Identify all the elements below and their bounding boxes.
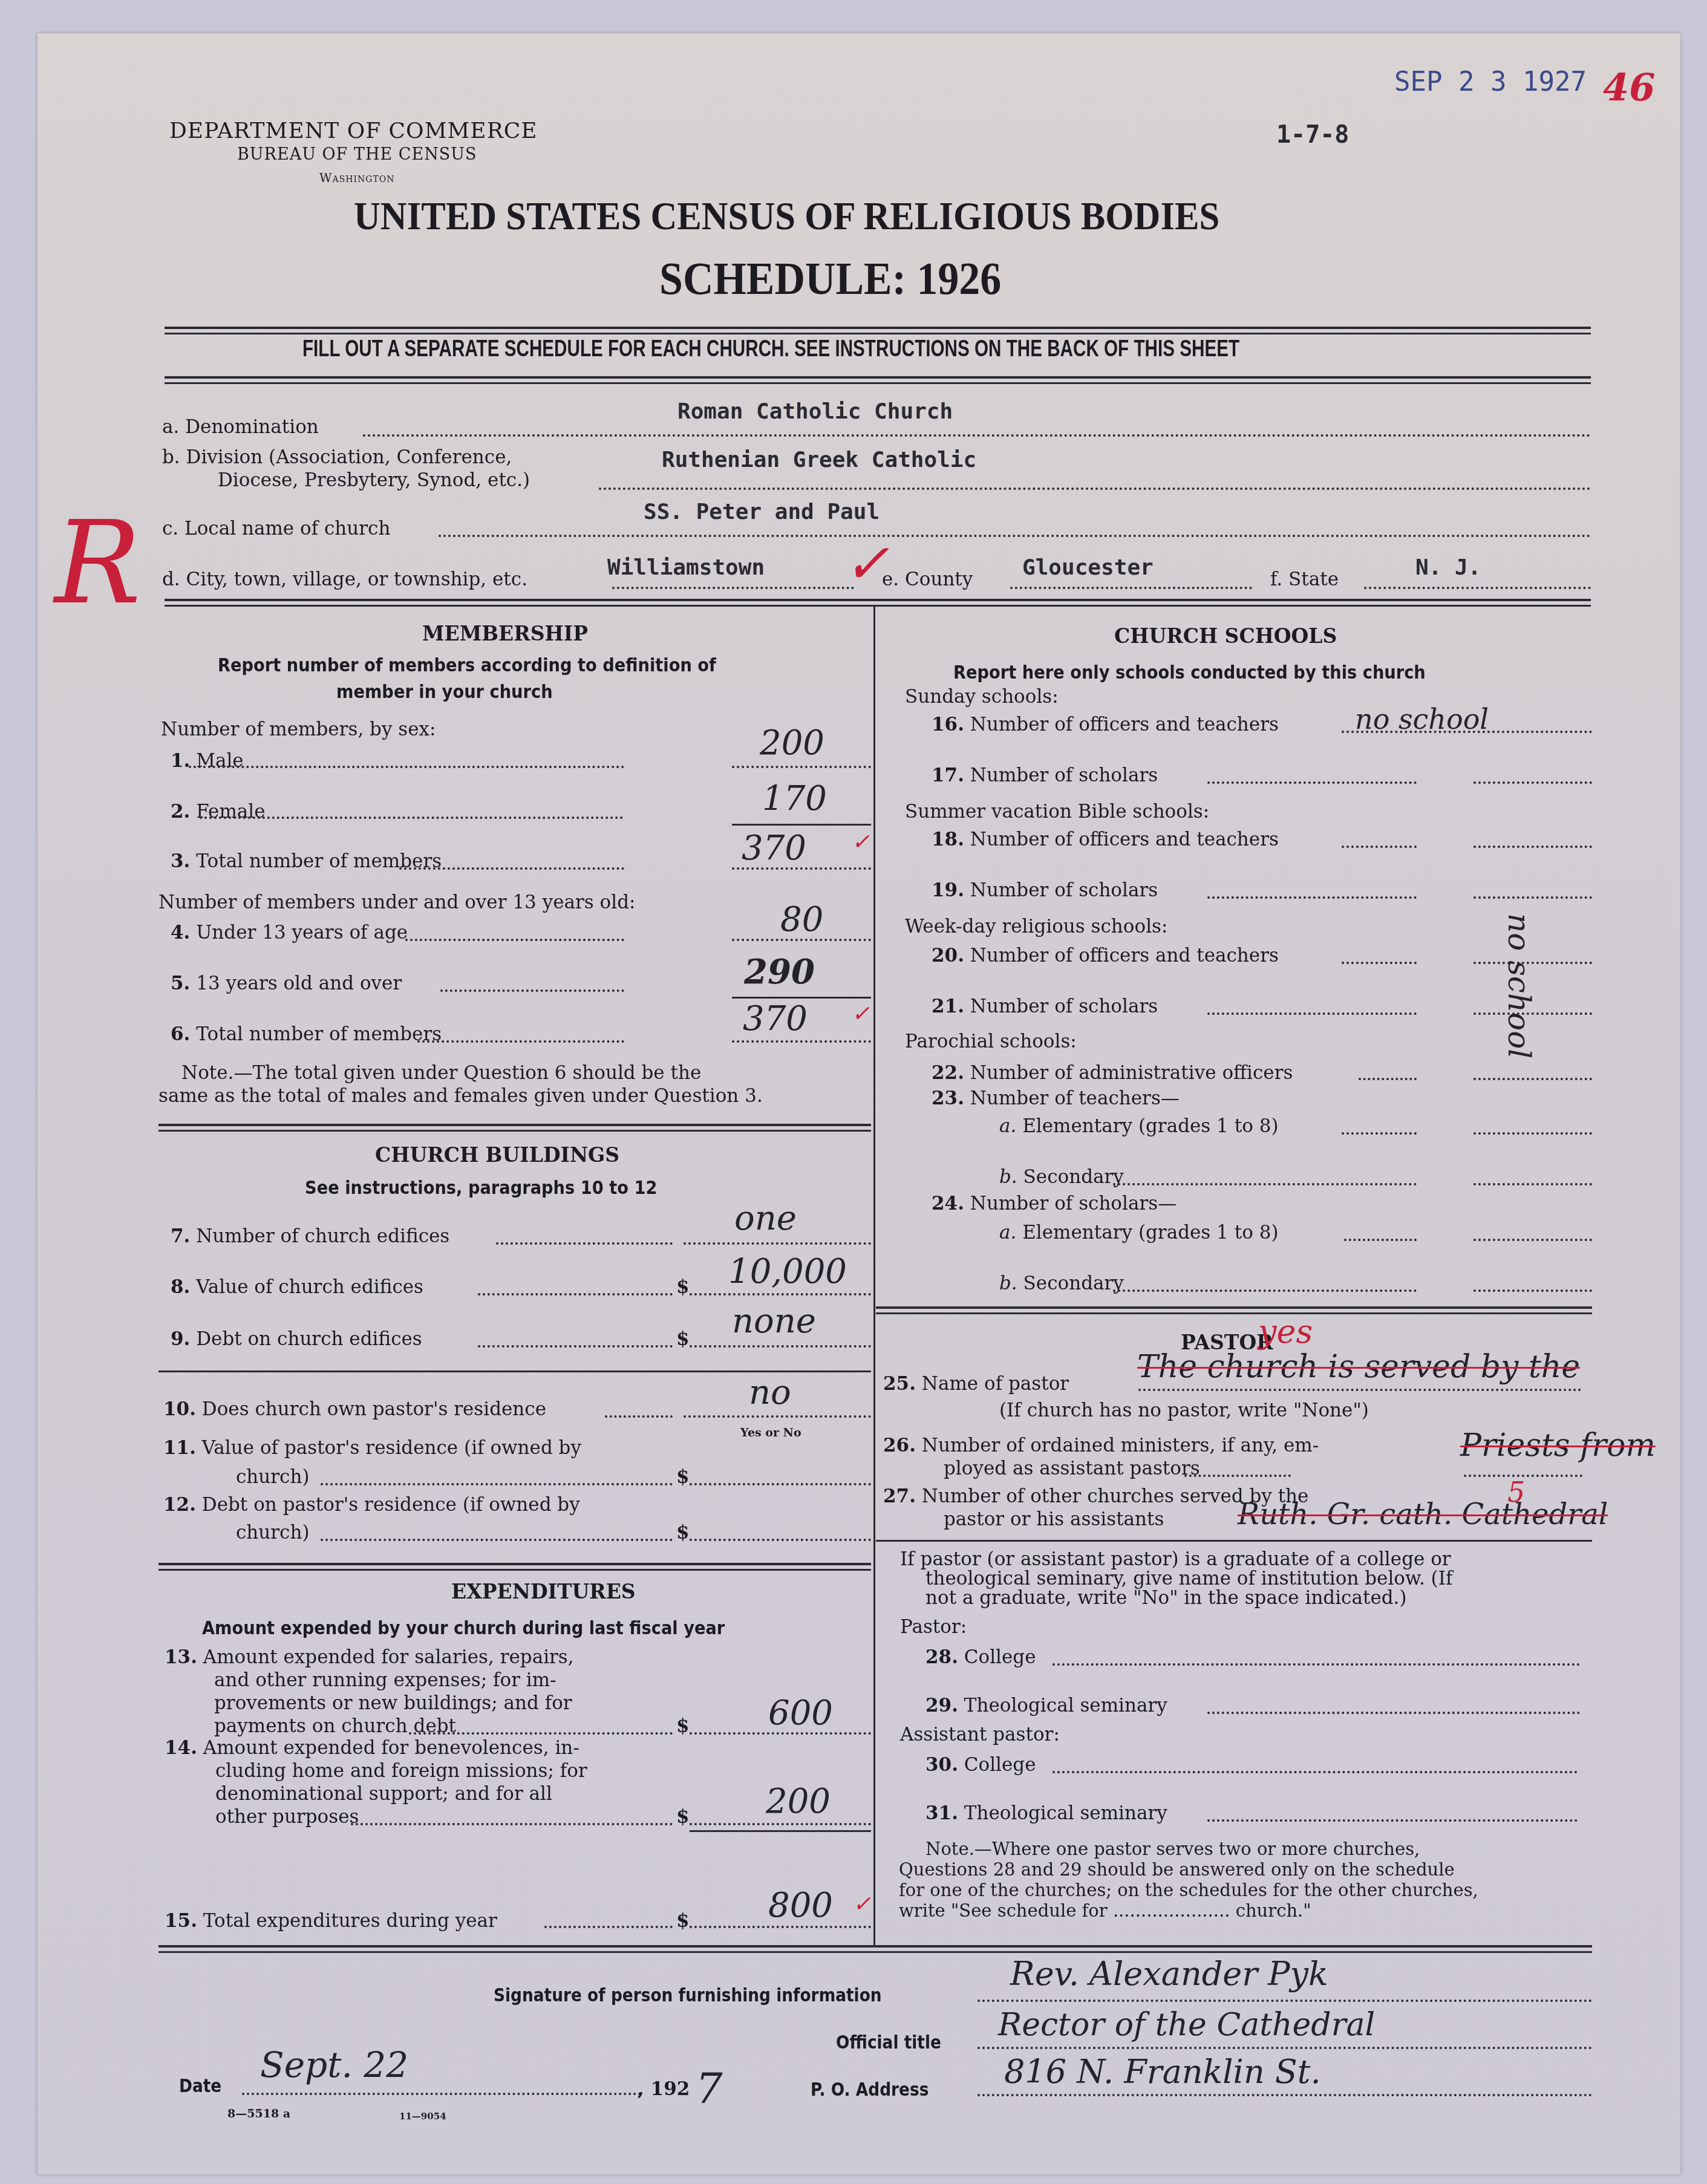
item-number: 22. <box>932 1062 964 1084</box>
dotted-leader <box>690 1345 871 1348</box>
item-number: 5. <box>171 973 190 994</box>
item-label: College <box>964 1754 1036 1776</box>
date-field[interactable]: Sept. 22 <box>260 2044 408 2085</box>
item-number: 24. <box>932 1193 964 1214</box>
dotted-leader <box>690 1539 871 1541</box>
expenditures-subtitle: Amount expended by your church during la… <box>202 1617 725 1639</box>
address-field[interactable]: 816 N. Franklin St. <box>1004 2053 1321 2091</box>
schools-row-21: 21. Number of scholars <box>932 996 1158 1017</box>
sunday-scholars-field[interactable] <box>1474 781 1592 784</box>
dollar-sign: $ <box>676 1466 690 1488</box>
dotted-leader <box>1342 846 1417 848</box>
item-label-cont: provements or new buildings; and for <box>214 1692 572 1714</box>
item-number: 2. <box>171 801 190 823</box>
item-label-cont: and other running expenses; for im- <box>214 1669 556 1691</box>
item-number: 27. <box>883 1485 916 1507</box>
dotted-leader <box>321 1483 673 1485</box>
dollar-sign: $ <box>676 1328 690 1350</box>
item-number: 10. <box>163 1398 196 1420</box>
item-label: Number of church edifices <box>196 1225 449 1247</box>
dollar-sign: $ <box>676 1276 690 1298</box>
education-row-28: 28. College <box>925 1646 1036 1668</box>
item-label: Secondary <box>1023 1166 1124 1188</box>
rule-single <box>876 1540 1592 1542</box>
members-by-sex-heading: Number of members, by sex: <box>161 719 436 740</box>
education-row-31: 31. Theological seminary <box>925 1802 1167 1824</box>
item-label: Male <box>196 750 243 772</box>
schools-row-23b: b. Secondary <box>999 1166 1124 1188</box>
dotted-leader <box>399 867 624 870</box>
group-heading-summer: Summer vacation Bible schools: <box>905 801 1209 823</box>
item-label: Elementary (grades 1 to 8) <box>1022 1222 1278 1244</box>
dotted-leader <box>1138 1389 1581 1391</box>
red-yes-annotation: yes <box>1258 1312 1313 1351</box>
13-and-over-field[interactable]: 290 <box>744 952 815 992</box>
county-label: e. County <box>882 569 973 590</box>
item-label: Number of scholars— <box>970 1193 1177 1214</box>
rule-double <box>165 599 1591 601</box>
dotted-leader <box>478 1293 673 1296</box>
rule-double <box>165 327 1591 329</box>
red-number-five: 5 <box>1507 1476 1525 1508</box>
pastor-row-26: 26. Number of ordained ministers, if any… <box>883 1435 1319 1456</box>
item-number: 29. <box>925 1695 958 1716</box>
state-field[interactable]: N. J. <box>1415 555 1481 580</box>
church-buildings-subtitle: See instructions, paragraphs 10 to 12 <box>305 1177 657 1199</box>
yes-or-no-hint: Yes or No <box>740 1426 801 1439</box>
dotted-leader <box>417 1040 624 1043</box>
item-number: 21. <box>932 996 964 1017</box>
rule-double <box>158 1563 871 1565</box>
item-label: Amount expended for salaries, repairs, <box>203 1646 574 1668</box>
edifice-count-field[interactable]: one <box>734 1199 797 1238</box>
item-number: 23. <box>932 1087 964 1109</box>
item-letter: a. <box>999 1222 1016 1244</box>
year-prefix: , 192 <box>638 2078 690 2100</box>
item-label: Theological seminary <box>964 1802 1167 1824</box>
dotted-leader <box>1207 781 1417 784</box>
signature-label: Signature of person furnishing informati… <box>494 1985 882 2006</box>
schools-row-24: 24. Number of scholars— <box>932 1193 1177 1214</box>
year-suffix-field[interactable]: 7 <box>696 2064 723 2113</box>
dotted-leader <box>1184 1475 1291 1477</box>
item-number: 17. <box>932 764 964 786</box>
summer-teachers-field[interactable] <box>1474 846 1592 848</box>
dotted-leader <box>405 939 624 941</box>
item-label: College <box>964 1646 1036 1668</box>
dotted-leader <box>978 2000 1592 2002</box>
dotted-leader <box>351 1823 673 1825</box>
item-number: 19. <box>932 879 964 901</box>
item-label: Number of administrative officers <box>970 1062 1293 1084</box>
other-churches-field[interactable]: Ruth. Gr. cath. Cathedral <box>1238 1498 1608 1531</box>
item-number: 6. <box>171 1023 190 1045</box>
dotted-leader <box>189 766 624 768</box>
item-label-cont: denominational support; and for all <box>215 1783 552 1805</box>
owns-residence-field[interactable]: no <box>749 1373 791 1412</box>
summer-scholars-field[interactable] <box>1474 896 1592 899</box>
division-label-cont: Diocese, Presbytery, Synod, etc.) <box>218 469 530 491</box>
schools-row-20: 20. Number of officers and teachers <box>932 945 1279 967</box>
schools-row-19: 19. Number of scholars <box>932 879 1158 901</box>
rule-single <box>158 1371 871 1372</box>
dollar-sign: $ <box>676 1806 690 1828</box>
membership-subtitle: Report number of members according to de… <box>218 654 716 676</box>
dotted-leader <box>409 1732 673 1735</box>
age-heading: Number of members under and over 13 year… <box>158 892 635 913</box>
total-members-age-field[interactable]: 370 <box>743 999 808 1038</box>
dotted-leader <box>1113 1289 1417 1292</box>
item-letter: b. <box>999 1166 1017 1188</box>
church-schools-subtitle: Report here only schools conducted by th… <box>953 662 1426 683</box>
dotted-leader <box>690 1926 871 1928</box>
dotted-leader <box>690 1823 871 1825</box>
edifice-value-field[interactable]: 10,000 <box>728 1252 847 1291</box>
pastor-note: Note.—Where one pastor serves two or mor… <box>925 1839 1420 1859</box>
item-label: Female <box>196 801 265 823</box>
vertical-no-school-note: no school <box>1501 913 1536 1058</box>
item-number: 15. <box>165 1910 197 1932</box>
item-label: Number of teachers— <box>970 1087 1180 1109</box>
dotted-leader <box>978 2047 1592 2049</box>
pastor-education-heading: Pastor: <box>900 1616 967 1638</box>
under-13-field[interactable]: 80 <box>780 900 823 939</box>
local-name-label: c. Local name of church <box>162 518 390 539</box>
dotted-leader <box>1344 1239 1417 1241</box>
membership-note-cont: same as the total of males and females g… <box>158 1085 763 1107</box>
received-date-stamp: SEP 2 3 1927 <box>1394 67 1587 97</box>
dotted-leader <box>732 867 871 870</box>
pastor-name-field[interactable]: The church is served by the <box>1137 1349 1580 1385</box>
assistant-pastors-field[interactable]: Priests from <box>1460 1427 1656 1464</box>
item-number: 4. <box>171 922 190 944</box>
dotted-leader <box>684 1415 871 1418</box>
dotted-leader <box>684 1242 871 1245</box>
item-label: Does church own pastor's residence <box>202 1398 546 1420</box>
assistant-college-field[interactable] <box>1053 1771 1578 1773</box>
elementary-scholars-field[interactable] <box>1474 1239 1592 1241</box>
item-label: 13 years old and over <box>196 973 402 994</box>
item-number: 28. <box>925 1646 958 1668</box>
red-margin-mark: R <box>54 496 141 630</box>
denomination-field[interactable]: Roman Catholic Church <box>677 399 953 424</box>
benevolences-field[interactable]: 200 <box>766 1782 831 1821</box>
dollar-sign: $ <box>676 1715 690 1737</box>
item-label-cont: ployed as assistant pastors <box>944 1458 1200 1479</box>
schools-row-18: 18. Number of officers and teachers <box>932 829 1279 850</box>
pastor-seminary-field[interactable] <box>1207 1712 1580 1714</box>
item-label-cont: cluding home and foreign missions; for <box>215 1760 587 1782</box>
dotted-leader <box>321 1539 673 1541</box>
red-check-icon: ✓ <box>852 830 870 855</box>
item-number: 3. <box>171 850 190 872</box>
item-label: Total expenditures during year <box>203 1910 497 1932</box>
secondary-teachers-field[interactable] <box>1474 1183 1592 1185</box>
dotted-leader <box>690 1293 871 1296</box>
item-number: 16. <box>932 714 964 735</box>
group-heading-sunday: Sunday schools: <box>905 686 1059 708</box>
dotted-leader <box>200 817 623 819</box>
schools-row-22: 22. Number of administrative officers <box>932 1062 1293 1084</box>
state-label: f. State <box>1270 569 1339 590</box>
red-file-number: 46 <box>1603 65 1655 109</box>
running-expenses-field[interactable]: 600 <box>768 1693 833 1733</box>
church-buildings-title: CHURCH BUILDINGS <box>375 1143 619 1167</box>
item-letter: b. <box>999 1273 1017 1294</box>
graduate-note-cont: not a graduate, write "No" in the space … <box>925 1587 1407 1609</box>
dotted-leader <box>732 766 871 768</box>
pastor-note-cont: for one of the churches; on the schedule… <box>899 1880 1478 1900</box>
male-count-field[interactable]: 200 <box>760 723 824 763</box>
item-label: Debt on pastor's residence (if owned by <box>202 1494 580 1516</box>
form-code: 1-7-8 <box>1276 121 1349 149</box>
item-label-cont: church) <box>236 1522 310 1543</box>
admin-officers-field[interactable] <box>1474 1078 1592 1080</box>
column-divider <box>873 605 875 1946</box>
bureau-name: BUREAU OF THE CENSUS <box>237 145 477 164</box>
red-check-icon: ✓ <box>844 532 889 596</box>
schools-row-17: 17. Number of scholars <box>932 764 1158 786</box>
division-field[interactable]: Ruthenian Greek Catholic <box>662 448 976 472</box>
item-number: 7. <box>171 1225 190 1247</box>
item-number: 26. <box>883 1435 916 1456</box>
item-number: 14. <box>165 1737 197 1759</box>
denomination-label: a. Denomination <box>162 416 319 438</box>
education-row-30: 30. College <box>925 1754 1036 1776</box>
item-label-cont: other purposes <box>215 1806 359 1828</box>
division-label: b. Division (Association, Conference, <box>162 446 512 468</box>
graduate-note-cont: theological seminary, give name of insti… <box>925 1568 1452 1589</box>
dotted-leader <box>732 1040 871 1043</box>
church-schools-title: CHURCH SCHOOLS <box>1114 624 1337 648</box>
dotted-leader <box>978 2094 1592 2096</box>
item-label: Number of officers and teachers <box>970 829 1279 850</box>
form-title: UNITED STATES CENSUS OF RELIGIOUS BODIES <box>354 194 1219 240</box>
item-number: 13. <box>165 1646 197 1668</box>
pastor-note-cont: write "See schedule for ................… <box>899 1900 1311 1921</box>
item-label: Value of pastor's residence (if owned by <box>202 1437 581 1459</box>
graduate-note: If pastor (or assistant pastor) is a gra… <box>900 1548 1451 1570</box>
membership-title: MEMBERSHIP <box>422 622 588 645</box>
item-label-cont: church) <box>236 1466 310 1488</box>
secondary-scholars-field[interactable] <box>1474 1289 1592 1292</box>
item-number: 11. <box>163 1437 196 1459</box>
local-name-field[interactable]: SS. Peter and Paul <box>644 500 880 524</box>
education-row-29: 29. Theological seminary <box>925 1695 1167 1716</box>
form-number: 8—5518 a <box>227 2107 290 2120</box>
item-number: 25. <box>883 1373 916 1395</box>
item-number: 1. <box>171 750 190 772</box>
schools-row-24b: b. Secondary <box>999 1273 1124 1294</box>
sunday-teachers-field[interactable]: no school <box>1355 703 1489 735</box>
total-members-field[interactable]: 370 <box>742 829 806 868</box>
dotted-leader <box>605 1415 673 1418</box>
item-label: Debt on church edifices <box>196 1328 422 1350</box>
elementary-teachers-field[interactable] <box>1474 1132 1592 1135</box>
dotted-leader <box>1359 1078 1417 1080</box>
schools-row-24a: a. Elementary (grades 1 to 8) <box>999 1222 1279 1244</box>
rule-double <box>158 1124 871 1126</box>
item-number: 8. <box>171 1276 190 1298</box>
female-count-field[interactable]: 170 <box>762 779 827 818</box>
bureau-city: Washington <box>319 171 395 185</box>
schools-row-23a: a. Elementary (grades 1 to 8) <box>999 1115 1279 1137</box>
pastor-row-25: 25. Name of pastor <box>883 1373 1069 1395</box>
item-label: Number of scholars <box>970 764 1158 786</box>
instruction-banner: FILL OUT A SEPARATE SCHEDULE FOR EACH CH… <box>302 336 1239 362</box>
rule-double <box>876 1306 1592 1309</box>
pastor-note-cont: Questions 28 and 29 should be answered o… <box>899 1859 1455 1880</box>
city-label: d. City, town, village, or township, etc… <box>162 569 527 590</box>
assistant-education-heading: Assistant pastor: <box>900 1724 1060 1746</box>
dollar-sign: $ <box>676 1522 690 1543</box>
item-label: Number of scholars <box>970 996 1158 1017</box>
item-label: Elementary (grades 1 to 8) <box>1022 1115 1278 1137</box>
dotted-leader <box>599 487 1591 490</box>
official-title-field[interactable]: Rector of the Cathedral <box>998 2007 1375 2043</box>
dotted-leader <box>612 587 854 589</box>
sum-rule <box>732 997 871 999</box>
group-heading-weekday: Week-day religious schools: <box>905 916 1167 937</box>
department-name: DEPARTMENT OF COMMERCE <box>169 119 538 143</box>
item-label: Name of pastor <box>922 1373 1069 1395</box>
dotted-leader <box>544 1926 673 1928</box>
rule-double <box>158 1945 1592 1948</box>
item-label: Amount expended for benevolences, in- <box>203 1737 579 1759</box>
item-label: Secondary <box>1023 1273 1124 1294</box>
dotted-leader <box>1364 587 1591 589</box>
schools-row-23: 23. Number of teachers— <box>932 1087 1180 1109</box>
dotted-leader <box>1342 962 1417 964</box>
item-label: Value of church edifices <box>196 1276 423 1298</box>
dotted-leader <box>439 535 1591 537</box>
group-heading-parochial: Parochial schools: <box>905 1031 1077 1052</box>
dotted-leader <box>732 939 871 941</box>
expenditures-title: EXPENDITURES <box>451 1580 636 1603</box>
item-label-cont: pastor or his assistants <box>944 1508 1164 1530</box>
dotted-leader <box>440 989 624 992</box>
rule-double <box>165 376 1591 379</box>
dotted-leader <box>478 1345 673 1348</box>
total-expenditures-field[interactable]: 800 <box>768 1886 833 1925</box>
item-number: 12. <box>163 1494 196 1516</box>
pastor-college-field[interactable] <box>1053 1663 1580 1666</box>
dotted-leader <box>1113 1183 1417 1185</box>
sum-rule <box>732 824 871 826</box>
item-number: 30. <box>925 1754 958 1776</box>
city-field[interactable]: Williamstown <box>607 555 765 580</box>
dotted-leader <box>690 1732 871 1735</box>
address-label: P. O. Address <box>811 2079 929 2101</box>
county-field[interactable]: Gloucester <box>1022 555 1154 580</box>
schools-row-16: 16. Number of officers and teachers <box>932 714 1279 735</box>
item-label: Number of ordained ministers, if any, em… <box>922 1435 1319 1456</box>
membership-subtitle-cont: member in your church <box>336 681 553 703</box>
item-label: Number of officers and teachers <box>970 714 1279 735</box>
item-label: Theological seminary <box>964 1695 1167 1716</box>
item-number: 9. <box>171 1328 190 1350</box>
dollar-sign: $ <box>676 1910 690 1932</box>
official-title-label: Official title <box>836 2032 941 2053</box>
item-letter: a. <box>999 1115 1016 1137</box>
sum-rule <box>690 1830 871 1832</box>
dotted-leader <box>1010 587 1252 589</box>
item-number: 20. <box>932 945 964 967</box>
dotted-leader <box>1207 1012 1417 1015</box>
item-label: Under 13 years of age <box>196 922 408 944</box>
edifice-debt-field[interactable]: none <box>732 1302 816 1341</box>
red-check-icon: ✓ <box>853 1892 871 1917</box>
pastor-none-hint: (If church has no pastor, write "None") <box>999 1400 1369 1421</box>
dotted-leader <box>690 1483 871 1485</box>
membership-note: Note.—The total given under Question 6 s… <box>181 1062 701 1084</box>
red-check-icon: ✓ <box>852 1002 870 1026</box>
form-subtitle: SCHEDULE: 1926 <box>659 253 1001 305</box>
print-code: 11—9054 <box>399 2111 446 2122</box>
item-label: Number of scholars <box>970 879 1158 901</box>
item-number: 18. <box>932 829 964 850</box>
assistant-seminary-field[interactable] <box>1207 1819 1578 1822</box>
date-label: Date <box>179 2076 221 2097</box>
item-number: 31. <box>925 1802 958 1824</box>
item-label: Number of officers and teachers <box>970 945 1279 967</box>
dotted-leader <box>242 2093 641 2095</box>
item-label: Total number of members <box>196 1023 442 1045</box>
dotted-leader <box>496 1242 673 1245</box>
dotted-leader <box>363 434 1591 437</box>
dotted-leader <box>1342 1132 1417 1135</box>
dotted-leader <box>1207 896 1417 899</box>
signature-field[interactable]: Rev. Alexander Pyk <box>1010 1955 1328 1993</box>
